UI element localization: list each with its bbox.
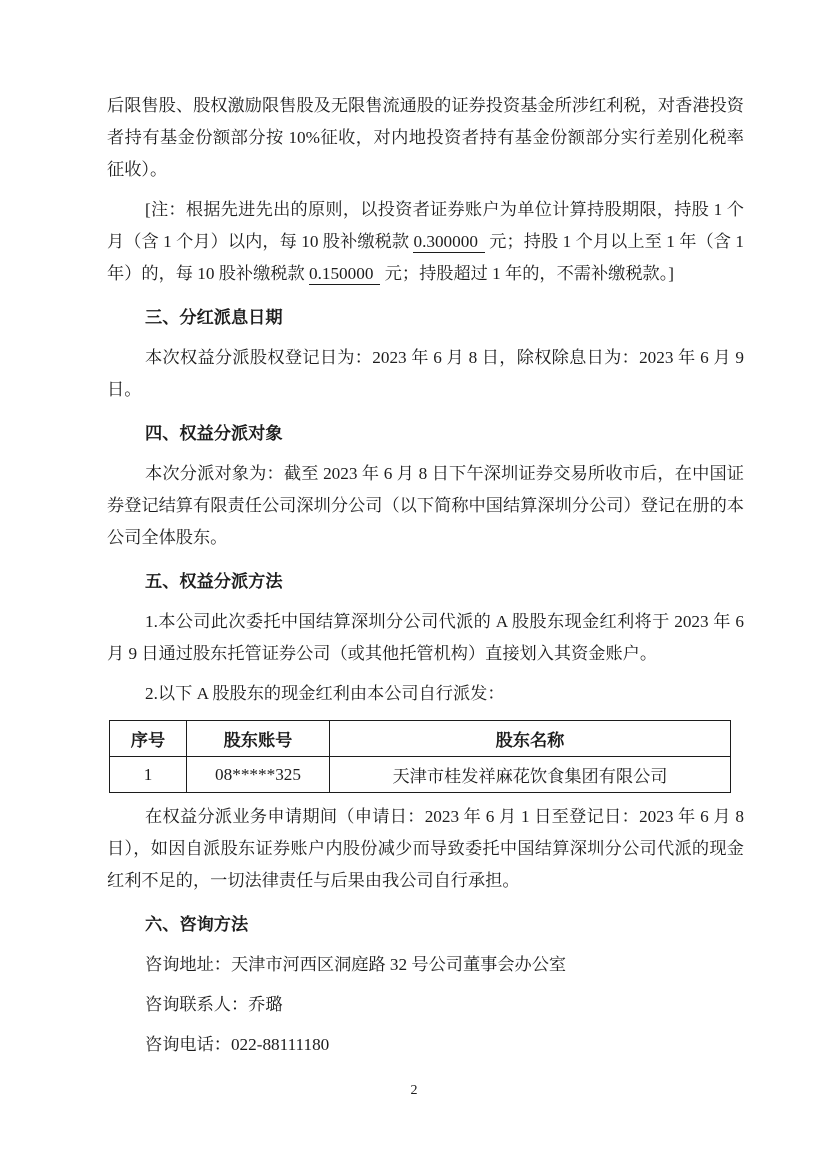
table-header-account: 股东账号	[187, 721, 330, 757]
document-content: 后限售股、股权激励限售股及无限售流通股的证券投资基金所涉红利税，对香港投资者持有…	[107, 90, 744, 1061]
paragraph-tax-continuation: 后限售股、股权激励限售股及无限售流通股的证券投资基金所涉红利税，对香港投资者持有…	[107, 90, 744, 186]
note-underlined-amount-1: 0.300000	[413, 232, 484, 253]
page-number: 2	[0, 1083, 828, 1099]
note-text-3: 元；持股超过 1 年的，不需补缴税款。]	[380, 264, 674, 283]
section-heading-dividend-dates: 三、分红派息日期	[107, 302, 744, 334]
paragraph-distribution-targets: 本次分派对象为：截至 2023 年 6 月 8 日下午深圳证券交易所收市后，在中…	[107, 458, 744, 554]
section-heading-distribution-targets: 四、权益分派对象	[107, 418, 744, 450]
section-heading-inquiry: 六、咨询方法	[107, 909, 744, 941]
paragraph-note: [注：根据先进先出的原则，以投资者证券账户为单位计算持股期限，持股 1 个月（含…	[107, 194, 744, 290]
table-cell-account: 08*****325	[187, 757, 330, 793]
table-row: 1 08*****325 天津市桂发祥麻花饮食集团有限公司	[110, 757, 731, 793]
inquiry-contact-person: 咨询联系人：乔璐	[107, 989, 744, 1021]
section-heading-distribution-method: 五、权益分派方法	[107, 566, 744, 598]
paragraph-method-item-1: 1.本公司此次委托中国结算深圳分公司代派的 A 股股东现金红利将于 2023 年…	[107, 606, 744, 670]
table-cell-shareholder-name: 天津市桂发祥麻花饮食集团有限公司	[330, 757, 731, 793]
note-underlined-amount-2: 0.150000	[309, 264, 380, 285]
paragraph-dividend-dates: 本次权益分派股权登记日为：2023 年 6 月 8 日，除权除息日为：2023 …	[107, 342, 744, 406]
table-cell-index: 1	[110, 757, 187, 793]
self-distribution-shareholder-table: 序号 股东账号 股东名称 1 08*****325 天津市桂发祥麻花饮食集团有限…	[109, 720, 731, 793]
paragraph-after-table: 在权益分派业务申请期间（申请日：2023 年 6 月 1 日至登记日：2023 …	[107, 801, 744, 897]
inquiry-address: 咨询地址：天津市河西区洞庭路 32 号公司董事会办公室	[107, 949, 744, 981]
document-page: 后限售股、股权激励限售股及无限售流通股的证券投资基金所涉红利税，对香港投资者持有…	[0, 0, 828, 1170]
table-header-index: 序号	[110, 721, 187, 757]
inquiry-phone: 咨询电话：022-88111180	[107, 1029, 744, 1061]
table-header-shareholder-name: 股东名称	[330, 721, 731, 757]
table-header-row: 序号 股东账号 股东名称	[110, 721, 731, 757]
paragraph-method-item-2: 2.以下 A 股股东的现金红利由本公司自行派发：	[107, 678, 744, 710]
